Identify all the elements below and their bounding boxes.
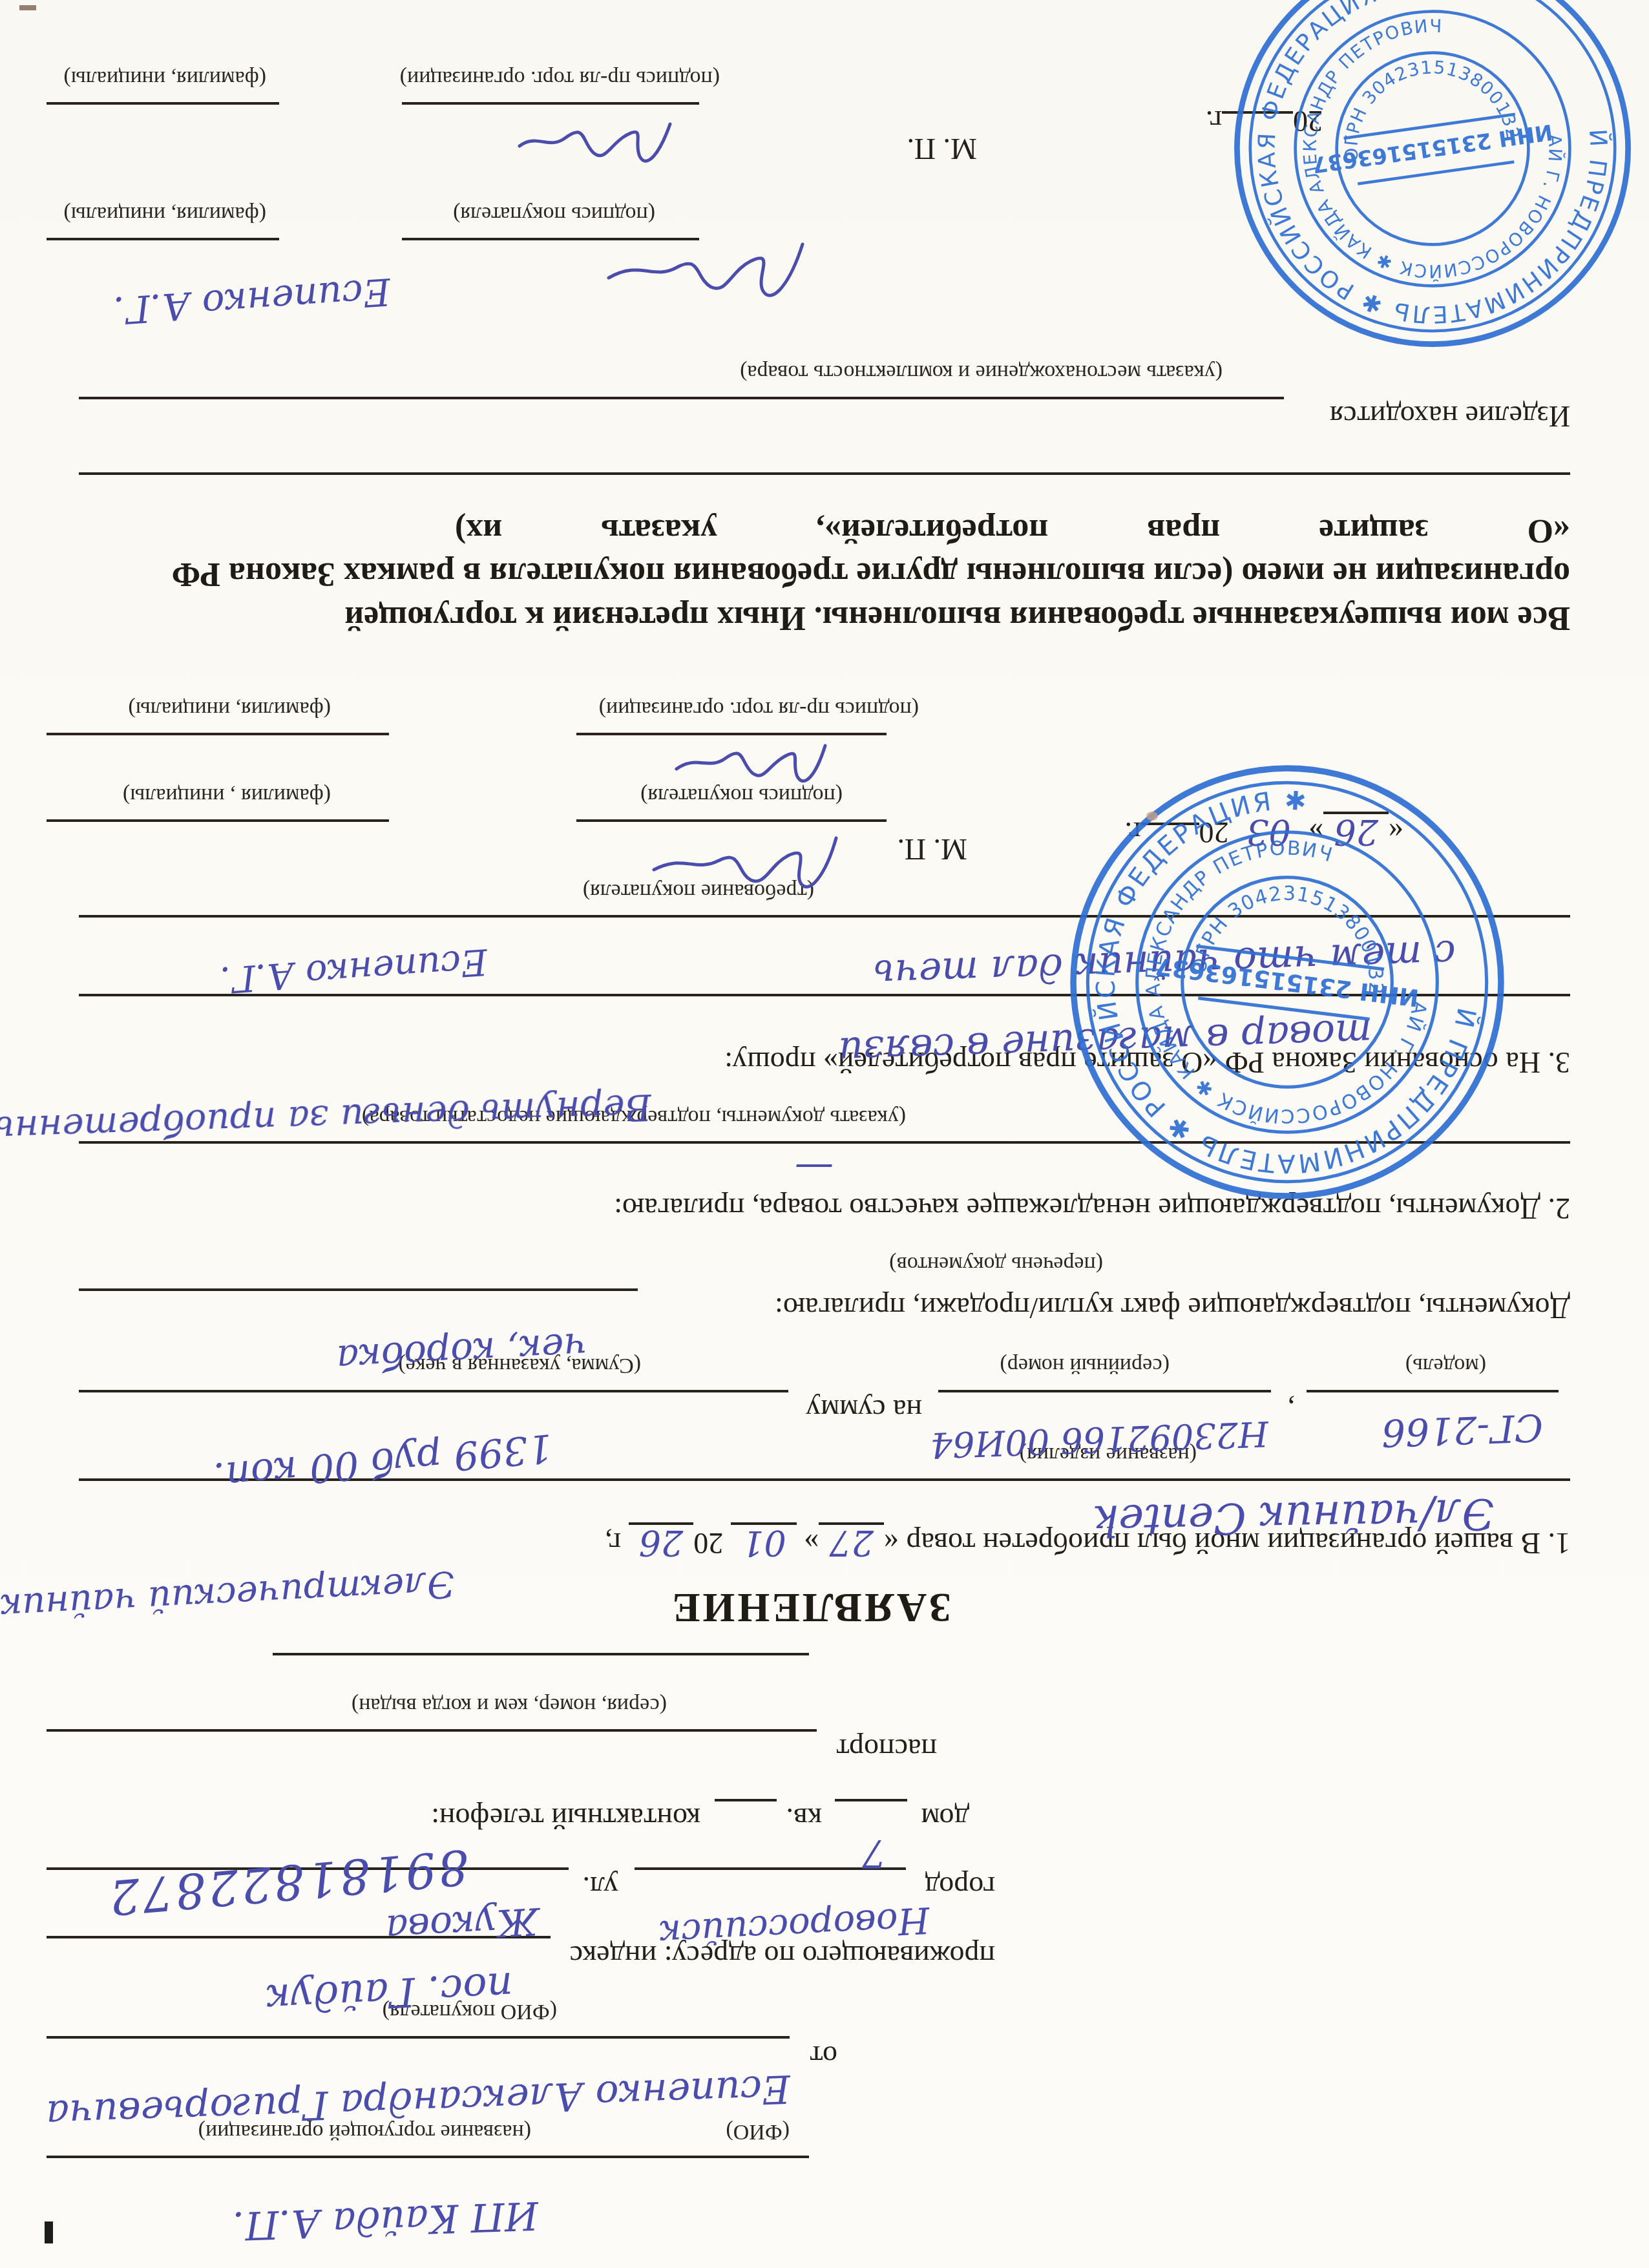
house-label: дом [921,1801,969,1836]
item1-quote-close: » [804,1527,819,1560]
purchase-month-handwriting: 01 [731,1522,797,1561]
request-line1-handwriting: Вернуть деньги за приобретенный [0,1088,652,1148]
closing-paragraph-line3: «О защите прав потребителей», указать их… [79,509,1570,552]
round-stamp-1: ИНДИВИДУАЛЬНЫЙ ПРЕДПРИНИМАТЕЛЬ ✱ РОССИЙС… [1035,730,1539,1234]
paper-blemish [1146,812,1158,821]
from-field-line [47,2036,790,2039]
product-name-handwriting: Эл/чайник Centek [1092,1492,1495,1542]
org-field-line [47,2156,809,2158]
docs-caption: (перечень документов) [889,1252,1103,1276]
izdelie-caption: (указать местонахождение и комплектность… [740,361,1223,384]
fam-caption-2: (фамилия, инициалы) [129,697,331,721]
fam-line-4 [47,102,279,105]
from-label: от [810,2039,838,2074]
fio-caption: (ФИО) [726,2120,790,2144]
page-title: ЗАЯВЛЕНИЕ [670,1587,951,1628]
model-field-line [1307,1390,1559,1392]
closing-paragraph-line1: Все мои вышеуказанные требования выполне… [79,596,1570,640]
phone-label: контактный телефон: [431,1801,700,1836]
seller-signature-2 [512,111,680,182]
closing-paragraph: Все мои вышеуказанные требования выполне… [79,509,1570,640]
round-stamp-2: ИНДИВИДУАЛЬНЫЙ ПРЕДПРИНИМАТЕЛЬ ✱ РОССИЙС… [1199,0,1649,382]
city-label: город [925,1869,995,1905]
fam-caption-1: (фамилия , инициалы) [123,784,331,808]
fam-caption-4: (фамилия, инициалы) [64,67,266,90]
sig-buyer-caption-2: (подпись покупателя) [453,202,655,226]
bottom-family-name-handwriting: Есипенко А.Г. [112,273,392,330]
fam-line-1 [47,819,389,822]
purchase-year-handwriting: 26 [629,1522,694,1561]
fam-line-2 [47,733,389,735]
model-caption: (модель) [1405,1354,1486,1378]
street-handwriting: Жукова [385,1902,540,1948]
extra-blank-line [273,1653,809,1655]
product-word-handwriting: Электрический чайник [0,1565,456,1625]
seller-signature-1 [667,731,835,803]
passport-label: паспорт [836,1732,937,1767]
mp-label-2: М. П. [907,131,977,167]
apt-label: кв. [786,1801,822,1836]
docs-field-line [79,1288,638,1291]
serial-handwriting: Н23092166 00И64 [930,1416,1269,1462]
purchase-day-handwriting: 27 [819,1522,884,1561]
buyer-signature-1 [641,822,848,906]
fam-line-3 [47,238,279,240]
passport-caption: (серия, номер, кем и когда выдан) [352,1694,667,1717]
settlement-handwriting: пос. Гайдук [266,1966,514,2019]
izdelie-label: Изделие находится [1330,399,1570,434]
sig-seller-caption-1: (подпись пр-ля торг. организации) [599,697,919,721]
apt-field-line [715,1799,777,1801]
item1-year-suffix: г, [605,1527,621,1560]
house-field-line [835,1799,907,1801]
street-label: ул. [583,1869,618,1905]
item2-dash-handwriting: — [795,1149,834,1188]
sig-seller-caption-2: (подпись пр-ля торг. организации) [400,67,720,90]
closing-paragraph-line2: организации не имею (если выполнены друг… [79,552,1570,596]
sig-buyer-line-2 [402,238,699,240]
docs-label: Документы, подтверждающие факт купли/про… [775,1290,1570,1326]
sum-field-line [79,1390,788,1392]
mp-label-1: М. П. [897,832,967,867]
scanned-claim-form: ИП Кайда А.П. (ФИО) (название торгующей … [0,0,1649,2268]
document-page-rotated-180: ИП Кайда А.П. (ФИО) (название торгующей … [0,0,1649,2268]
scan-corner-speck [19,5,36,10]
scan-edge-mark [45,2221,53,2243]
house-number-handwriting: 7 [862,1834,887,1873]
sig-seller-line-2 [402,102,699,105]
serial-caption: (серийный номер) [1000,1354,1170,1378]
post-paragraph-blank-line [79,472,1570,475]
item1-year-prefix: 20 [693,1527,723,1560]
item1-comma: , [1288,1392,1296,1428]
org-name-handwriting: ИП Кайда А.П. [232,2196,539,2245]
sum-label: на сумму [806,1392,922,1428]
sum-handwriting: 1399 руб 00 коп. [212,1428,554,1496]
fam-caption-3: (фамилия, инициалы) [64,202,266,226]
model-handwriting: СГ-2166 [1381,1409,1544,1452]
izdelie-field-line [79,397,1284,399]
serial-field-line [938,1390,1271,1392]
passport-field-line [47,1729,817,1732]
request-signature-name-handwriting: Есипенко А.Г. [219,943,488,998]
